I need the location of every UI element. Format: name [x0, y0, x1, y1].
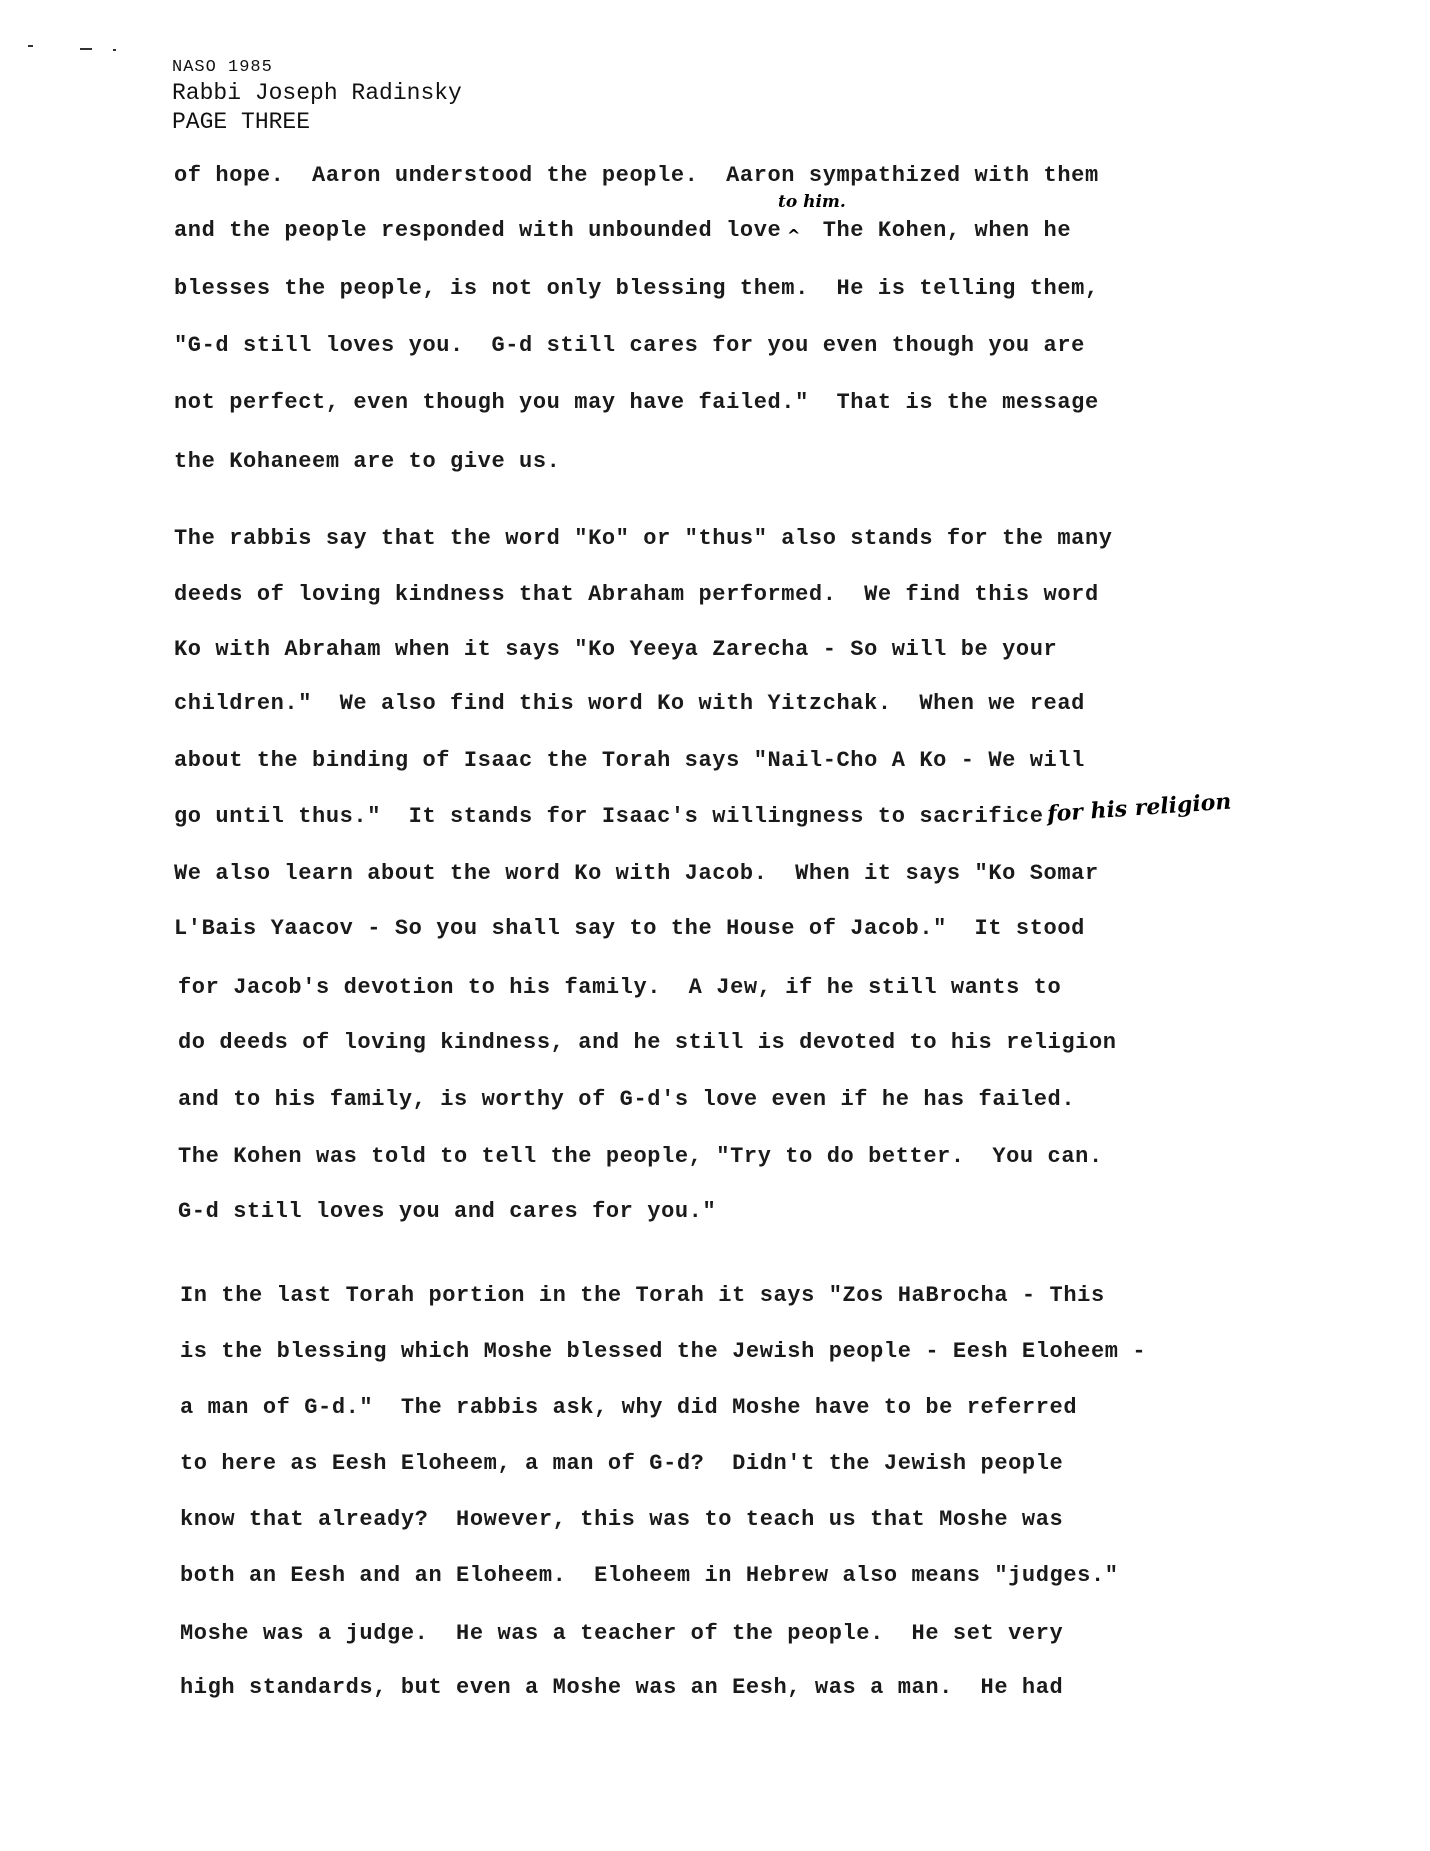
document-author: Rabbi Joseph Radinsky: [172, 80, 462, 106]
text-line: G-d still loves you and cares for you.": [178, 1199, 716, 1224]
text-line: blesses the people, is not only blessing…: [174, 276, 1099, 301]
text-line: about the binding of Isaac the Torah say…: [174, 748, 1085, 773]
handwritten-insertion-to-him: to him.: [778, 192, 846, 212]
document-page: NASO 1985 Rabbi Joseph Radinsky PAGE THR…: [0, 0, 1430, 1851]
text-line: We also learn about the word Ko with Jac…: [174, 861, 1099, 886]
text-line: deeds of loving kindness that Abraham pe…: [174, 582, 1099, 607]
text-line: not perfect, even though you may have fa…: [174, 390, 1099, 415]
text-line: both an Eesh and an Eloheem. Eloheem in …: [180, 1563, 1119, 1588]
handwritten-note-for-his-religion: for his religion: [1046, 789, 1232, 828]
insertion-caret: ^: [787, 226, 800, 245]
text-line: for Jacob's devotion to his family. A Je…: [178, 975, 1061, 1000]
text-line: children." We also find this word Ko wit…: [174, 691, 1085, 716]
text-line: L'Bais Yaacov - So you shall say to the …: [174, 916, 1085, 941]
scan-artifact: [113, 49, 116, 51]
text-line: to here as Eesh Eloheem, a man of G-d? D…: [180, 1451, 1063, 1476]
text-line: go until thus." It stands for Isaac's wi…: [174, 804, 1057, 829]
text-line: and to his family, is worthy of G-d's lo…: [178, 1087, 1075, 1112]
document-title: NASO 1985: [172, 58, 273, 77]
scan-artifact: [80, 48, 92, 50]
text-line: "G-d still loves you. G-d still cares fo…: [174, 333, 1085, 358]
text-line: of hope. Aaron understood the people. Aa…: [174, 163, 1099, 188]
text-line: do deeds of loving kindness, and he stil…: [178, 1030, 1117, 1055]
text-line: The rabbis say that the word "Ko" or "th…: [174, 526, 1113, 551]
text-line: the Kohaneem are to give us.: [174, 449, 560, 474]
text-line: a man of G-d." The rabbis ask, why did M…: [180, 1395, 1077, 1420]
text-line: high standards, but even a Moshe was an …: [180, 1675, 1063, 1700]
text-line: and the people responded with unbounded …: [174, 218, 1071, 243]
page-label: PAGE THREE: [172, 109, 310, 135]
text-line: In the last Torah portion in the Torah i…: [180, 1283, 1105, 1308]
text-line: The Kohen was told to tell the people, "…: [178, 1144, 1103, 1169]
text-line: know that already? However, this was to …: [180, 1507, 1063, 1532]
text-line: is the blessing which Moshe blessed the …: [180, 1339, 1146, 1364]
text-line: Ko with Abraham when it says "Ko Yeeya Z…: [174, 637, 1057, 662]
scan-artifact: [28, 45, 33, 47]
text-line: Moshe was a judge. He was a teacher of t…: [180, 1621, 1063, 1646]
